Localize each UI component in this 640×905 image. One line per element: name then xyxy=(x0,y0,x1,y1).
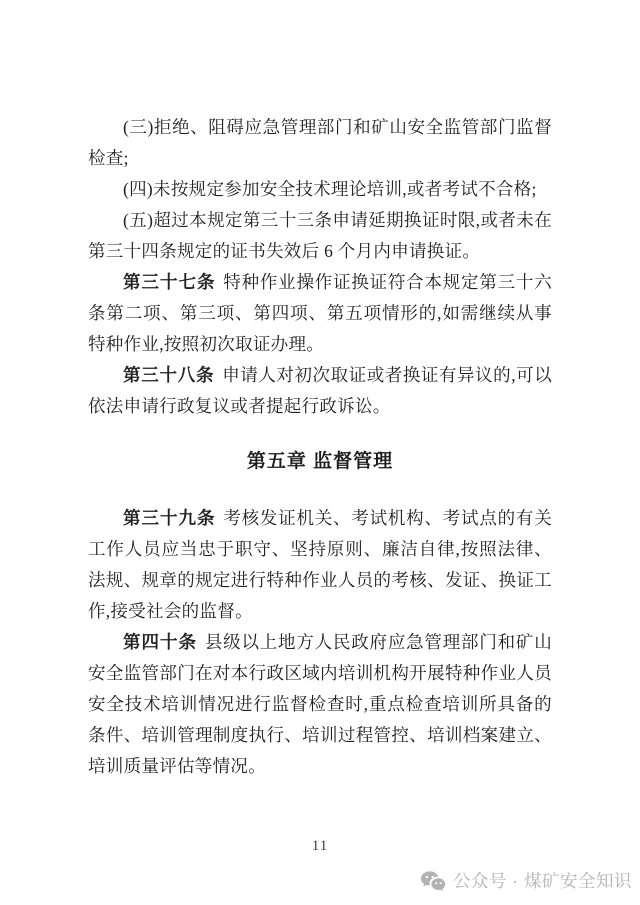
wechat-icon xyxy=(420,870,446,892)
article-text: 县级以上地方人民政府应急管理部门和矿山安全监管部门在对本行政区域内培训机构开展特… xyxy=(88,632,552,776)
clause-paragraph: (三)拒绝、阻碍应急管理部门和矿山安全监管部门监督检查; xyxy=(88,112,552,174)
wechat-account-label: 公众号 · 煤矿安全知识 xyxy=(453,868,632,893)
document-page: (三)拒绝、阻碍应急管理部门和矿山安全监管部门监督检查; (四)未按规定参加安全… xyxy=(0,0,640,905)
article-number: 第三十九条 xyxy=(123,508,215,528)
clause-paragraph: (五)超过本规定第三十三条申请延期换证时限,或者未在第三十四条规定的证书失效后 … xyxy=(88,205,552,267)
article-paragraph: 第三十九条考核发证机关、考试机构、考试点的有关工作人员应当忠于职守、坚持原则、廉… xyxy=(88,503,552,627)
article-paragraph: 第三十七条特种作业操作证换证符合本规定第三十六条第二项、第三项、第四项、第五项情… xyxy=(88,267,552,360)
document-content: (三)拒绝、阻碍应急管理部门和矿山安全监管部门监督检查; (四)未按规定参加安全… xyxy=(88,112,552,782)
article-paragraph: 第四十条县级以上地方人民政府应急管理部门和矿山安全监管部门在对本行政区域内培训机… xyxy=(88,627,552,782)
article-paragraph: 第三十八条申请人对初次取证或者换证有异议的,可以依法申请行政复议或者提起行政诉讼… xyxy=(88,360,552,422)
article-number: 第三十八条 xyxy=(123,365,214,385)
article-number: 第四十条 xyxy=(123,632,197,652)
article-number: 第三十七条 xyxy=(123,272,215,292)
wechat-footer: 公众号 · 煤矿安全知识 xyxy=(420,868,632,893)
chapter-heading: 第五章 监督管理 xyxy=(88,450,552,473)
page-number: 11 xyxy=(0,838,640,855)
clause-paragraph: (四)未按规定参加安全技术理论培训,或者考试不合格; xyxy=(88,174,552,205)
